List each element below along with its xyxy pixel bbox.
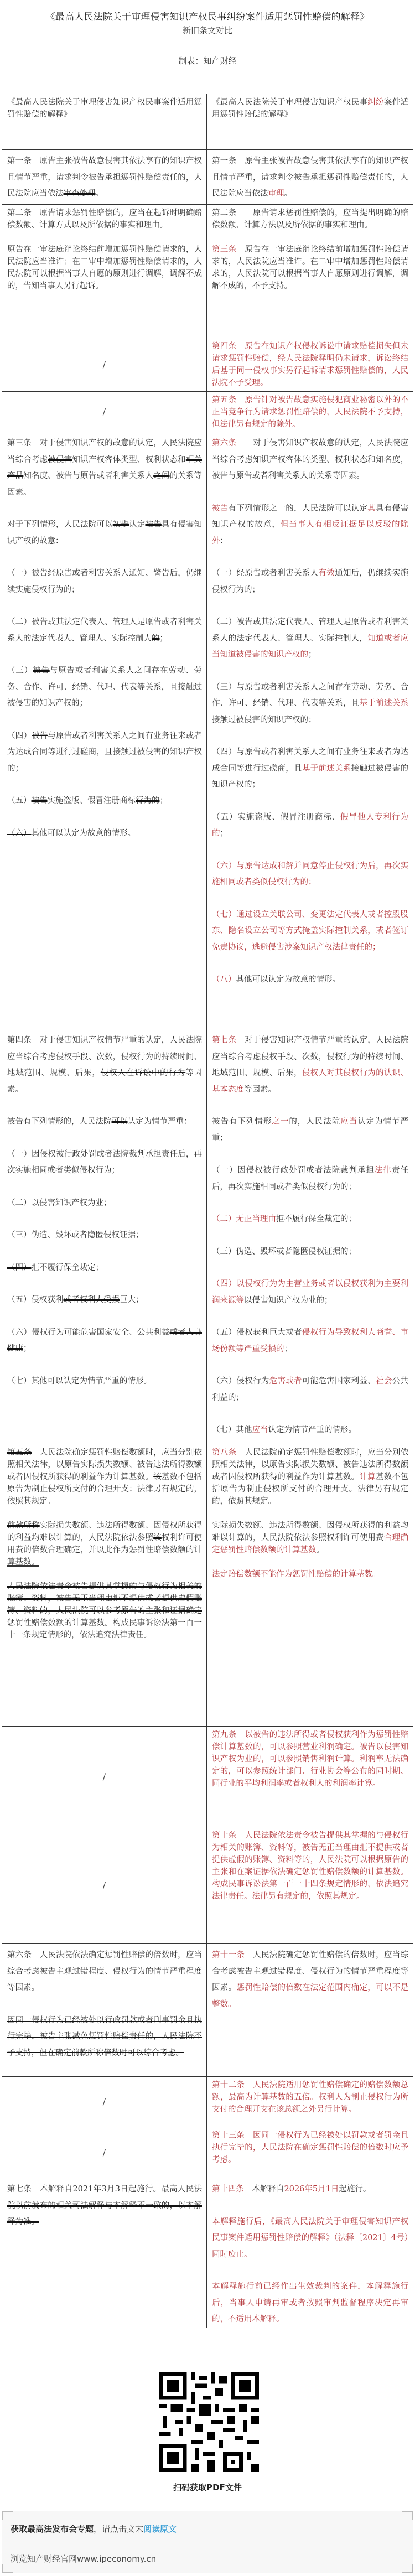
text-segment: 第二条 原告请求惩罚性赔偿的，应当提出明确的赔偿数额、计算方法以及所依据的事实和… [212, 209, 408, 230]
document-title: 《最高人民法院关于审理侵害知识产权民事纠纷案件适用惩罚性赔偿的解释》 [2, 9, 413, 23]
article-paragraph: 第一条 原告主张被告故意侵害其依法享有的知识产权且情节严重，请求判令被告承担惩罚… [212, 153, 408, 203]
new-article-cell: 第十条 人民法院依法责令被告提供其掌握的与侵权行为相关的账簿、资料等，被告无正当… [207, 1827, 413, 1943]
inserted-text: 惩罚性赔偿的倍数在法定范围内确定，可以不是整数。 [212, 1983, 408, 2009]
footer-bold-text: 获取最高法发布会专题 [11, 2524, 94, 2534]
inserted-text: 有效 [318, 569, 335, 578]
inserted-text: 应当 [340, 1117, 357, 1126]
table-row: 第二条 原告请求惩罚性赔偿的，应当在起诉时明确赔偿数额、计算方式以及所依据的事实… [2, 205, 413, 338]
empty-placeholder-mark: / [103, 406, 106, 418]
article-paragraph: （五）侵权获利或者权利人受损巨大； [7, 1292, 202, 1309]
text-segment: 实施盗版、假冒注册商标 [48, 796, 136, 805]
article-paragraph: （六）其他可以认定为故意的情形。 [7, 826, 202, 842]
corner-decoration [402, 2564, 413, 2573]
old-article-cell: 第六条 人民法院依法确定惩罚性赔偿的倍数时，应当综合考虑被告主观过错程度、侵权行… [2, 1944, 207, 2076]
corner-decoration [2, 2564, 13, 2573]
deleted-text: 被侵害 [48, 455, 72, 464]
text-segment: 知名度、被告与原告或者利害关系人 [23, 471, 153, 480]
article-paragraph: 对于下列情形，人民法院可以初步认定被告具有侵害知识产权的故意： [7, 517, 202, 550]
deleted-text: 第五条 [7, 1448, 32, 1457]
article-paragraph: 原告在一审法庭辩论终结前增加惩罚性赔偿请求的，人民法院应当准许；在二审中增加惩罚… [7, 243, 202, 292]
table-row: /第五条 原告针对被告故意实施侵犯商业秘密以外的不正当竞争行为请求惩罚性赔偿的，… [2, 392, 413, 432]
qr-code[interactable] [159, 2372, 259, 2472]
article-paragraph: 第四条 对于侵害知识产权情节严重的认定，人民法院应当综合考虑侵权手段、次数，侵权… [7, 1033, 202, 1098]
article-paragraph: （六）侵权行为危害或者可能危害国家利益、社会公共利益的； [212, 1373, 408, 1406]
text-segment: （一）因侵权被行政处罚或者法院裁判承担 [212, 1166, 375, 1175]
text-segment: ； [160, 634, 168, 643]
inserted-text: 之一 [272, 1117, 289, 1126]
new-article-cell: 第十一条 人民法院确定惩罚性赔偿的倍数时，应当综合考虑被告主观过错程度、侵权行为… [207, 1944, 413, 2076]
deleted-text: 依法 [72, 1951, 88, 1960]
text-segment: 可能危害国家利益、 [302, 1377, 376, 1386]
article-paragraph: （四）被告与原告或者利害关系人之间有业务往来或者为达成合同等进行过磋商，且接触过… [7, 728, 202, 778]
new-article-cell: 第二条 原告请求惩罚性赔偿的，应当提出明确的赔偿数额、计算方法以及所依据的事实和… [207, 205, 413, 338]
article-paragraph: （四）拒不履行保全裁定； [7, 1260, 202, 1277]
text-segment: （七）其他 [212, 1426, 252, 1434]
read-original-link[interactable]: 阅读原文 [143, 2524, 177, 2534]
article-paragraph: （七）其他应当认定为情节严重的情形。 [212, 1422, 408, 1439]
article-paragraph: 第一条 原告主张被告故意侵害其依法享有的知识产权且情节严重，请求判令被告承担惩罚… [7, 153, 202, 203]
old-article-cell: / [2, 1727, 207, 1827]
inserted-text: 第九条 以被告的违法所得或者侵权获利作为惩罚性赔偿计算基数的，可以参照营业利润确… [212, 1730, 408, 1788]
article-paragraph: 第三条 对于侵害知识产权的故意的认定，人民法院应当综合考虑被侵害知识产权客体类型… [7, 436, 202, 501]
inserted-text: 法律 [375, 1166, 392, 1175]
text-segment: 认定为情节严重的情形。 [268, 1426, 357, 1434]
text-segment: 以侵害知识产权为业； [32, 1199, 112, 1207]
text-segment: 本解释自 [244, 2185, 284, 2194]
article-paragraph: （一）因侵权被行政处罚或者法院裁判承担法律责任后，再次实施相同或者类似侵权行为的… [212, 1163, 408, 1195]
article-paragraph: 第十三条 因同一侵权行为已经被处以罚款或者罚金且执行完毕的，人民法院在确定惩罚性… [212, 2129, 408, 2166]
text-segment: （五）实施盗版、假冒注册商标、 [212, 813, 340, 822]
deleted-text: 侵权人在诉讼中的行为 [101, 1069, 185, 1077]
old-article-cell: / [2, 338, 207, 391]
inserted-text: 计算 [359, 1473, 376, 1481]
text-segment: 《最高人民法院关于审理侵害知识产权民事 [212, 98, 367, 107]
article-paragraph: 《最高人民法院关于审理侵害知识产权民事案件适用惩罚性赔偿的解释》 [7, 96, 202, 121]
table-row: 第三条 对于侵害知识产权的故意的认定，人民法院应当综合考虑被侵害知识产权客体类型… [2, 432, 413, 1029]
deleted-text: 之间 [153, 471, 169, 480]
new-article-cell: 第八条 人民法院确定惩罚性赔偿数额时，应当分别依照相关法律，以原告实际损失数额、… [207, 1444, 413, 1726]
deleted-text: 被告 [32, 732, 48, 740]
text-segment: （三）伪造、毁坏或者隐匿侵权证据； [7, 1231, 144, 1240]
article-paragraph: 第十条 人民法院依法责令被告提供其掌握的与侵权行为相关的账簿、资料等，被告无正当… [212, 1829, 408, 1903]
text-segment: 等因素。 [244, 1085, 276, 1094]
inserted-text: （八） [212, 975, 236, 984]
table-row: 《最高人民法院关于审理侵害知识产权民事案件适用惩罚性赔偿的解释》《最高人民法院关… [2, 94, 413, 150]
deleted-text: 审查处理 [64, 189, 96, 198]
table-row: 第七条 本解释自2021年3月3日起施行。最高人民法院以前发布的相关司法解释与本… [2, 2178, 413, 2328]
footer-box: 获取最高法发布会专题，请点击文末阅读原文 浏览知产财经官网www.ipecono… [2, 2511, 413, 2573]
inserted-text: 社会 [376, 1377, 392, 1386]
inserted-text: 2026年5月1日 [284, 2185, 339, 2194]
footer-line-1: 获取最高法发布会专题，请点击文末阅读原文 [11, 2523, 177, 2534]
inserted-text: 基于前述关系 [359, 699, 408, 708]
empty-placeholder-mark: / [103, 2096, 106, 2108]
inserted-text: 应当 [252, 1426, 268, 1434]
deleted-text: 第三条 [7, 439, 32, 448]
footer-text: ，请点击文末 [94, 2524, 143, 2534]
article-paragraph: 第十二条 人民法院适用惩罚性赔偿确定的赔偿数额总额，最高为计算基数的五倍。权利人… [212, 2079, 408, 2116]
text-segment: 知识产权客体类型、权利状态和 [72, 455, 185, 464]
text-segment: 第一条 原告主张被告故意侵害其依法享有的知识产权且情节严重，请求判令被告承担惩罚… [7, 157, 202, 198]
inserted-text: 第三条 [212, 245, 236, 254]
article-paragraph: （三）被告与原告或者利害关系人之间存在劳动、劳务、合作、许可、经销、代理、代表等… [7, 663, 202, 712]
article-paragraph: 第十四条 本解释自2026年5月1日起施行。 [212, 2181, 408, 2198]
empty-placeholder-mark: / [103, 359, 106, 371]
text-segment: 第二条 原告请求惩罚性赔偿的，应当在起诉时明确赔偿数额、计算方式以及所依据的事实… [7, 209, 202, 230]
text-segment: ： [220, 537, 229, 546]
text-segment: （三） [7, 666, 33, 675]
article-paragraph: 前款所称实际损失数额、违法所得数额、因侵权所获得的利益均难以计算的，人民法院依法… [7, 1520, 202, 1568]
article-paragraph: 本解释施行前已经作出生效裁判的案件，本解释施行后，当事人申请再审或者按照审判监督… [212, 2279, 408, 2328]
empty-placeholder-mark: / [103, 1771, 106, 1783]
corner-decoration [402, 2511, 413, 2520]
article-paragraph: 第二条 原告请求惩罚性赔偿的，应当在起诉时明确赔偿数额、计算方式以及所依据的事实… [7, 207, 202, 231]
article-paragraph: 第六条 人民法院依法确定惩罚性赔偿的倍数时，应当综合考虑被告主观过错程度、侵权行… [7, 1947, 202, 1997]
new-article-cell: 第十四条 本解释自2026年5月1日起施行。本解释施行后，《最高人民法院关于审理… [207, 2178, 413, 2328]
deleted-text: 被告 [32, 569, 48, 578]
text-segment: 认定 [129, 520, 145, 529]
deleted-text: 被告 [145, 520, 161, 529]
old-article-cell: 第三条 对于侵害知识产权的故意的认定，人民法院应当综合考虑被侵害知识产权客体类型… [2, 432, 207, 1029]
text-segment: （三）伪造、毁坏或者隐匿侵权证据的； [212, 1247, 356, 1256]
deleted-text: 或者权利人受损 [64, 1295, 120, 1304]
text-segment: ； [160, 796, 168, 805]
table-maker: 制表：知产财经 [2, 55, 413, 66]
empty-placeholder-mark: / [103, 2147, 106, 2159]
article-paragraph: （一）被告经原告或者利害关系人通知、警告后，仍继续实施侵权行为的； [7, 566, 202, 598]
inserted-text: 危害或者 [269, 1377, 302, 1386]
text-segment: （五）侵权获利巨大或者 [212, 1328, 302, 1337]
text-segment: （一）经原告或者利害关系人 [212, 569, 318, 578]
article-paragraph: 第九条 以被告的违法所得或者侵权获利作为惩罚性赔偿计算基数的，可以参照营业利润确… [212, 1729, 408, 1790]
inserted-text: 本解释施行前已经作出生效裁判的案件，本解释施行后，当事人申请再审或者按照审判监督… [212, 2282, 408, 2324]
article-paragraph: （六）侵权行为可能危害国家安全、公共利益或者人身健康； [7, 1325, 202, 1357]
deleted-text: 的 [152, 634, 160, 643]
new-article-cell: 第五条 原告针对被告故意实施侵犯商业秘密以外的不正当竞争行为请求惩罚性赔偿的，人… [207, 392, 413, 432]
article-paragraph: （四）以侵权行为为主营业务或者以侵权获利为主要利润来源等以侵害知识产权为业的； [212, 1276, 408, 1309]
inserted-text: 本解释施行后，《最高人民法院关于审理侵害知识产权民事案件适用惩罚性赔偿的解释》（… [212, 2217, 408, 2259]
inserted-text: 第十四条 [212, 2185, 244, 2194]
table-row: 第四条 对于侵害知识产权情节严重的认定，人民法院应当综合考虑侵权手段、次数，侵权… [2, 1029, 413, 1444]
article-paragraph: 被告有下列情形之一的，人民法院应当认定为情节严重： [212, 1114, 408, 1147]
article-paragraph: （三）伪造、毁坏或者隐匿侵权证据的； [212, 1244, 408, 1261]
inserted-text: 纠纷 [367, 98, 384, 107]
table-row: /第九条 以被告的违法所得或者侵权获利作为惩罚性赔偿计算基数的，可以参照营业利润… [2, 1727, 413, 1827]
inserted-text: 第八条 [212, 1448, 236, 1457]
old-article-cell: / [2, 392, 207, 432]
text-segment: 经原告或者利害关系人通知、 [48, 569, 153, 578]
old-article-cell: / [2, 1827, 207, 1943]
text-segment: （六）侵权行为可能危害国家安全、公共利益 [7, 1328, 169, 1337]
text-segment: （一）因侵权被行政处罚或者法院裁判承担责任后，再次实施相同或者类似侵权行为； [7, 1150, 202, 1175]
old-article-cell: 第七条 本解释自2021年3月3日起施行。最高人民法院以前发布的相关司法解释与本… [2, 2178, 207, 2328]
article-paragraph: （二）被告或其法定代表人、管理人是原告或者利害关系人的法定代表人、管理人、实际控… [212, 614, 408, 664]
article-paragraph: 本解释施行后，《最高人民法院关于审理侵害知识产权民事案件适用惩罚性赔偿的解释》（… [212, 2214, 408, 2263]
article-paragraph: （八）其他可以认定为故意的情形。 [212, 972, 408, 988]
inserted-text: 基于前述关系 [302, 764, 351, 773]
article-paragraph: （二）无正当理由拒不履行保全裁定的； [212, 1211, 408, 1228]
deleted-text: （二） [7, 1199, 32, 1207]
text-segment: 《最高人民法院关于审理侵害知识产权民事案件适用惩罚性赔偿的解释》 [7, 98, 202, 119]
article-paragraph: 因同一侵权行为已经被处以行政罚款或者刑事罚金且执行完毕，被告主张减免惩罚性赔偿责… [7, 2013, 202, 2062]
article-paragraph: 第六条 对于侵害知识产权故意的认定，人民法院应当综合考虑知识产权客体的类型、权利… [212, 436, 408, 485]
new-article-cell: 第六条 对于侵害知识产权故意的认定，人民法院应当综合考虑知识产权客体的类型、权利… [207, 432, 413, 1029]
deleted-text: 警告 [153, 569, 169, 578]
article-paragraph: 被告有下列情形的，人民法院可以认定为情节严重： [7, 1114, 202, 1131]
new-article-cell: 第九条 以被告的违法所得或者侵权获利作为惩罚性赔偿计算基数的，可以参照营业利润确… [207, 1727, 413, 1827]
qr-caption: 扫码获取PDF文件 [0, 2481, 415, 2493]
text-segment: 拒不履行保全裁定； [32, 1263, 104, 1272]
text-segment: 接触过被侵害的知识产权的； [212, 716, 317, 724]
article-paragraph: 第五条 原告针对被告故意实施侵犯商业秘密以外的不正当竞争行为请求惩罚性赔偿的，人… [212, 394, 408, 431]
article-paragraph: （二）被告或其法定代表人、管理人是原告或者利害关系人的法定代表人、管理人、实际控… [7, 614, 202, 647]
article-paragraph: （二）以侵害知识产权为业； [7, 1195, 202, 1212]
text-segment: 实际损失数额、违法所得数额、因侵权所获得的利益均难以计算的，人民法院依法参照权利… [212, 1521, 408, 1542]
deleted-text: 可以 [112, 1117, 128, 1126]
text-segment: 认定为情节严重的情形。 [64, 1377, 152, 1386]
inserted-text: 法定赔偿数额不能作为惩罚性赔偿的计算基数。 [212, 1570, 381, 1579]
text-segment: 对于侵害知识产权故意的认定，人民法院应当综合考虑知识产权客体的类型、权利状态和知… [212, 439, 408, 480]
deleted-text: 前款所称 [7, 1521, 40, 1530]
table-row: /第十三条 因同一侵权行为已经被处以罚款或者罚金且执行完毕的，人民法院在确定惩罚… [2, 2127, 413, 2178]
article-paragraph: （一）经原告或者利害关系人有效通知后，仍继续实施侵权行为的； [212, 566, 408, 598]
new-article-cell: 第一条 原告主张被告故意侵害其依法享有的知识产权且情节严重，请求判令被告承担惩罚… [207, 150, 413, 204]
text-segment: （五）侵权获利 [7, 1295, 64, 1304]
text-segment: 起施行。 [128, 2185, 161, 2194]
article-paragraph: 实际损失数额、违法所得数额、因侵权所获得的利益均难以计算的，人民法院依法参照权利… [212, 1520, 408, 1556]
text-segment: ； [308, 650, 317, 659]
empty-placeholder-mark: / [103, 1879, 106, 1891]
article-paragraph: 法定赔偿数额不能作为惩罚性赔偿的计算基数。 [212, 1568, 408, 1580]
text-segment: 有下列情形之一的，人民法院可以认定 [229, 504, 368, 513]
text-segment: 拒不履行保全裁定的； [276, 1215, 356, 1224]
article-paragraph: 第七条 本解释自2021年3月3日起施行。最高人民法院以前发布的相关司法解释与本… [7, 2181, 202, 2231]
old-article-cell: 第一条 原告主张被告故意侵害其依法享有的知识产权且情节严重，请求判令被告承担惩罚… [2, 150, 207, 204]
text-segment: 以侵害知识产权为业的； [244, 1296, 333, 1305]
deleted-text: （六） [7, 829, 32, 838]
inserted-text: 第七条 [212, 1036, 236, 1045]
old-article-cell: 第四条 对于侵害知识产权情节严重的认定，人民法院应当综合考虑侵权手段、次数，侵权… [2, 1029, 207, 1444]
text-segment: 第一条 原告主张被告故意侵害其依法享有的知识产权且情节严重，请求判令被告承担惩罚… [212, 157, 408, 198]
deleted-text: （四） [7, 1263, 32, 1272]
deleted-text: 被告 [32, 796, 48, 805]
deleted-text: 因同一侵权行为已经被处以行政罚款或者刑事罚金且执行完毕，被告主张减免惩罚性赔偿责… [7, 2016, 202, 2057]
article-paragraph: （五）被告实施盗版、假冒注册商标行为的； [7, 793, 202, 810]
deleted-text: 第六条 [7, 1951, 32, 1960]
text-segment: （六）侵权行为 [212, 1377, 269, 1386]
table-header: 《最高人民法院关于审理侵害知识产权民事纠纷案件适用惩罚性赔偿的解释》 新旧条文对… [2, 2, 413, 94]
new-article-cell: 第十二条 人民法院适用惩罚性赔偿确定的赔偿数额总额，最高为计算基数的五倍。权利人… [207, 2077, 413, 2127]
inserted-text: （二）无正当理由 [212, 1215, 276, 1224]
old-article-cell: / [2, 2127, 207, 2178]
deleted-text: 该 [153, 1473, 162, 1481]
deleted-text: 该 [153, 1533, 162, 1542]
article-paragraph: 第八条 人民法院确定惩罚性赔偿数额时，应当分别依照相关法律，以原告实际损失数额、… [212, 1447, 408, 1507]
text-segment: （五） [7, 796, 32, 805]
inserted-text: 被告 [212, 504, 229, 513]
article-paragraph: 第十一条 人民法院确定惩罚性赔偿的倍数时，应当综合考虑被告主观过错程度、侵权行为… [212, 1947, 408, 2013]
table-row: /第十条 人民法院依法责令被告提供其掌握的与侵权行为相关的账簿、资料等，被告无正… [2, 1827, 413, 1944]
deleted-text: 第四条 [7, 1036, 32, 1045]
text-segment: 。 [96, 189, 104, 198]
text-segment: 本解释自 [32, 2185, 72, 2194]
deleted-text: 第七条 [7, 2185, 32, 2194]
article-paragraph: （一）因侵权被行政处罚或者法院裁判承担责任后，再次实施相同或者类似侵权行为； [7, 1147, 202, 1179]
new-article-cell: 《最高人民法院关于审理侵害知识产权民事纠纷案件适用惩罚性赔偿的解释》 [207, 94, 413, 149]
inserted-text: （六）与原告达成和解并同意停止侵权行为后，再次实施相同或者类似侵权行为的； [212, 862, 408, 887]
article-paragraph: 人民法院依法责令被告提供其掌握的与侵权行为相关的账簿、资料，被告无正当理由拒不提… [7, 1580, 202, 1641]
text-segment: 。 [284, 189, 293, 198]
text-segment: 原告在一审法庭辩论终结前增加惩罚性赔偿请求的，人民法院应当准许。在二审中增加惩罚… [212, 245, 408, 291]
inserted-text: 第十二条 人民法院适用惩罚性赔偿确定的赔偿数额总额，最高为计算基数的五倍。权利人… [212, 2081, 408, 2114]
article-paragraph: （三）与原告或者利害关系人之间存在劳动、劳务、合作、许可、经销、代理、代表等关系… [212, 680, 408, 729]
text-segment: ； [284, 1345, 293, 1354]
text-segment: 其他可以认定为故意的情形。 [32, 829, 136, 838]
inserted-text: 第十条 人民法院依法责令被告提供其掌握的与侵权行为相关的账簿、资料等，被告无正当… [212, 1831, 408, 1901]
deleted-text: 可以 [48, 1377, 64, 1386]
text-segment: 认定为情节严重： [128, 1117, 192, 1126]
text-segment: ； [23, 1344, 32, 1353]
article-paragraph: 第五条 人民法院确定惩罚性赔偿数额时，应当分别依照相关法律，以原告实际损失数额、… [7, 1447, 202, 1507]
text-segment: 。 [317, 1546, 325, 1554]
old-article-cell: 第五条 人民法院确定惩罚性赔偿数额时，应当分别依照相关法律，以原告实际损失数额、… [2, 1444, 207, 1726]
deleted-text: ； [129, 1485, 137, 1494]
deleted-text: 被告 [33, 666, 50, 675]
new-article-cell: 第七条 对于侵害知识产权情节严重的认定，人民法院应当综合考虑侵权手段、次数，侵权… [207, 1029, 413, 1444]
article-paragraph: 《最高人民法院关于审理侵害知识产权民事纠纷案件适用惩罚性赔偿的解释》 [212, 96, 408, 121]
text-segment: 被告有下列情形 [212, 1117, 272, 1126]
text-segment: 人民法院 [32, 1951, 72, 1960]
article-paragraph: （五）侵权获利巨大或者侵权行为导致权利人商誉、市场份额等严重受损的； [212, 1325, 408, 1357]
inserted-text: 第五条 原告针对被告故意实施侵犯商业秘密以外的不正当竞争行为请求惩罚性赔偿的，人… [212, 396, 408, 429]
article-paragraph: （五）实施盗版、假冒注册商标、假冒他人专利行为的； [212, 810, 408, 842]
table-row: 第五条 人民法院确定惩罚性赔偿数额时，应当分别依照相关法律，以原告实际损失数额、… [2, 1444, 413, 1727]
text-segment: （四） [7, 732, 32, 740]
article-paragraph: 第二条 原告请求惩罚性赔偿的，应当提出明确的赔偿数额、计算方法以及所依据的事实和… [212, 207, 408, 231]
table-row: 第六条 人民法院依法确定惩罚性赔偿的倍数时，应当综合考虑被告主观过错程度、侵权行… [2, 1944, 413, 2077]
article-paragraph: （七）通过设立关联公司、变更法定代表人或者控股股东、隐名设立公司等方式掩盖实际控… [212, 907, 408, 956]
article-paragraph: 第四条 原告在知识产权侵权诉讼中请求赔偿损失但未请求惩罚性赔偿，经人民法院释明仍… [212, 340, 408, 389]
text-segment: （二）被告或其法定代表人、管理人是原告或者利害关系人的法定代表人、管理人、实际控… [7, 618, 202, 643]
text-segment: （一） [7, 569, 32, 578]
deleted-text: 初步 [113, 520, 129, 529]
new-article-cell: 第十三条 因同一侵权行为已经被处以罚款或者罚金且执行完毕的，人民法院在确定惩罚性… [207, 2127, 413, 2178]
inserted-text: 其 [367, 504, 376, 513]
table-row: /第四条 原告在知识产权侵权诉讼中请求赔偿损失但未请求惩罚性赔偿，经人民法院释明… [2, 338, 413, 392]
inserted-text: 审理 [268, 189, 284, 198]
document-subtitle: 新旧条文对比 [2, 24, 413, 36]
old-article-cell: 《最高人民法院关于审理侵害知识产权民事案件适用惩罚性赔偿的解释》 [2, 94, 207, 149]
article-paragraph: 第七条 对于侵害知识产权情节严重的认定，人民法院应当综合考虑侵权手段、次数，侵权… [212, 1033, 408, 1098]
footer-website[interactable]: 浏览知产财经官网www.ipeconomy.cn [11, 2553, 156, 2564]
inserted-text: 第十三条 因同一侵权行为已经被处以罚款或者罚金且执行完毕的，人民法院在确定惩罚性… [212, 2131, 408, 2164]
text-segment: 其他可以认定为故意的情形。 [236, 975, 341, 984]
text-segment: 原告在一审法庭辩论终结前增加惩罚性赔偿请求的，人民法院应当准许；在二审中增加惩罚… [7, 245, 202, 291]
article-paragraph: （六）与原告达成和解并同意停止侵权行为后，再次实施相同或者类似侵权行为的； [212, 858, 408, 891]
inserted-text: 第四条 原告在知识产权侵权诉讼中请求赔偿损失但未请求惩罚性赔偿，经人民法院释明仍… [212, 342, 408, 387]
text-segment: 巨大； [120, 1295, 144, 1304]
deleted-text: 人民法院依法责令被告提供其掌握的与侵权行为相关的账簿、资料，被告无正当理由拒不提… [7, 1582, 202, 1640]
text-segment: ； [220, 829, 229, 838]
article-paragraph: 被告有下列情形之一的，人民法院可以认定其具有侵害知识产权的故意，但当事人有相反证… [212, 501, 408, 550]
old-article-cell: / [2, 2077, 207, 2127]
table-row: /第十二条 人民法院适用惩罚性赔偿确定的赔偿数额总额，最高为计算基数的五倍。权利… [2, 2077, 413, 2127]
article-paragraph: （四）与原告或者利害关系人之间有业务往来或者为达成合同等进行过磋商，且基于前述关… [212, 744, 408, 794]
inserted-text: 第六条 [212, 439, 236, 448]
inserted-text: 第十一条 [212, 1951, 245, 1960]
corner-decoration [2, 2511, 13, 2520]
comparison-table: 《最高人民法院关于审理侵害知识产权民事纠纷案件适用惩罚性赔偿的解释》 新旧条文对… [2, 2, 413, 2328]
new-article-cell: 第四条 原告在知识产权侵权诉讼中请求赔偿损失但未请求惩罚性赔偿，经人民法院释明仍… [207, 338, 413, 391]
text-segment: （七）其他 [7, 1377, 48, 1386]
article-paragraph: （七）其他可以认定为情节严重的情形。 [7, 1373, 202, 1390]
text-segment: 对于下列情形，人民法院可以 [7, 520, 113, 529]
old-article-cell: 第二条 原告请求惩罚性赔偿的，应当在起诉时明确赔偿数额、计算方式以及所依据的事实… [2, 205, 207, 338]
text-segment: 人民法院依法参照 [89, 1533, 153, 1542]
text-segment: 被告有下列情形的，人民法院 [7, 1117, 112, 1126]
text-segment: 的，人民法院 [289, 1117, 340, 1126]
table-row: 第一条 原告主张被告故意侵害其依法享有的知识产权且情节严重，请求判令被告承担惩罚… [2, 150, 413, 205]
inserted-text: （七）通过设立关联公司、变更法定代表人或者控股股东、隐名设立公司等方式掩盖实际控… [212, 910, 408, 952]
text-segment: 起施行。 [339, 2185, 371, 2194]
deleted-text: 2021年3月3日 [72, 2185, 128, 2194]
article-paragraph: 第三条 原告在一审法庭辩论终结前增加惩罚性赔偿请求的，人民法院应当准许。在二审中… [212, 243, 408, 292]
deleted-text: 行为的 [136, 796, 160, 805]
article-paragraph: （三）伪造、毁坏或者隐匿侵权证据； [7, 1227, 202, 1244]
